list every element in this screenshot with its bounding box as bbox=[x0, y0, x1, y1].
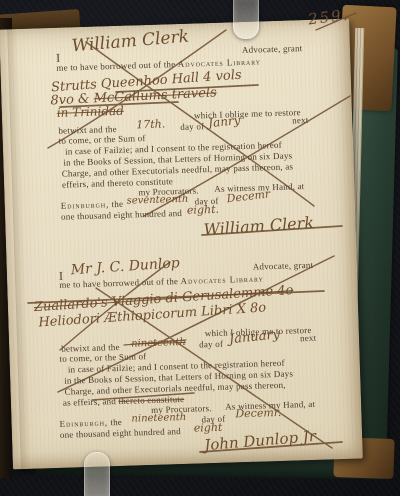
form1-next-text: next bbox=[292, 116, 309, 126]
gutter-shadow bbox=[7, 29, 31, 469]
form2-due-month: January bbox=[228, 328, 280, 346]
form1-year-text: one thousand eight hundred and bbox=[61, 209, 182, 222]
form1-signature: William Clerk bbox=[203, 215, 314, 238]
form1-book-entry-line3: in Trinidad bbox=[57, 105, 124, 119]
form2-due-day: nineteenth bbox=[131, 338, 186, 350]
form1-signed-day: seventeenth bbox=[126, 195, 188, 207]
form2-the-text: the bbox=[108, 417, 122, 427]
form1-signed-month: Decemr bbox=[226, 188, 271, 204]
form1-due-day: 17th. bbox=[136, 118, 165, 130]
form1-due-month: Janry bbox=[208, 114, 241, 129]
form2-next-text: next bbox=[300, 334, 317, 344]
form1-edinburgh-text: Edinburgh, bbox=[61, 199, 110, 211]
form2-year-word: eight bbox=[194, 422, 223, 434]
page-holder-strap-top bbox=[233, 0, 259, 39]
form1-day-of-text: day of bbox=[180, 122, 204, 132]
form2-borrowed-text: me to have borrowed out of the bbox=[59, 276, 181, 290]
form2-signed-day: nineteenth bbox=[131, 413, 186, 425]
form2-library-name: Advocates Library bbox=[180, 273, 264, 286]
form2-day-of-text: day of bbox=[199, 340, 223, 350]
form2-year-text: one thousand eight hundred and bbox=[60, 427, 181, 440]
form2-signed-month: Decemr. bbox=[235, 407, 281, 419]
form2-borrower-name: Mr J. C. Dunlop bbox=[70, 256, 180, 277]
form2-grant-text: Advocate, grant bbox=[253, 261, 314, 272]
form1-the-text: the bbox=[109, 199, 123, 209]
form2-effeirs-prefix: as effeirs, and bbox=[63, 396, 119, 408]
form1-borrowed-text: me to have borrowed out of the bbox=[56, 59, 178, 73]
form1-borrower-name: William Clerk bbox=[71, 29, 190, 56]
form1-library-name: Advocates Library bbox=[178, 56, 262, 69]
page-holder-strap-bottom bbox=[84, 452, 110, 496]
photographed-register-page: I William Clerk Advocate, grant me to ha… bbox=[0, 0, 400, 496]
form1-year-word: eight. bbox=[187, 204, 219, 216]
page-leaf: I William Clerk Advocate, grant me to ha… bbox=[0, 19, 363, 470]
form2-edinburgh-text: Edinburgh, bbox=[59, 417, 108, 429]
form1-grant-text: Advocate, grant bbox=[242, 44, 303, 55]
